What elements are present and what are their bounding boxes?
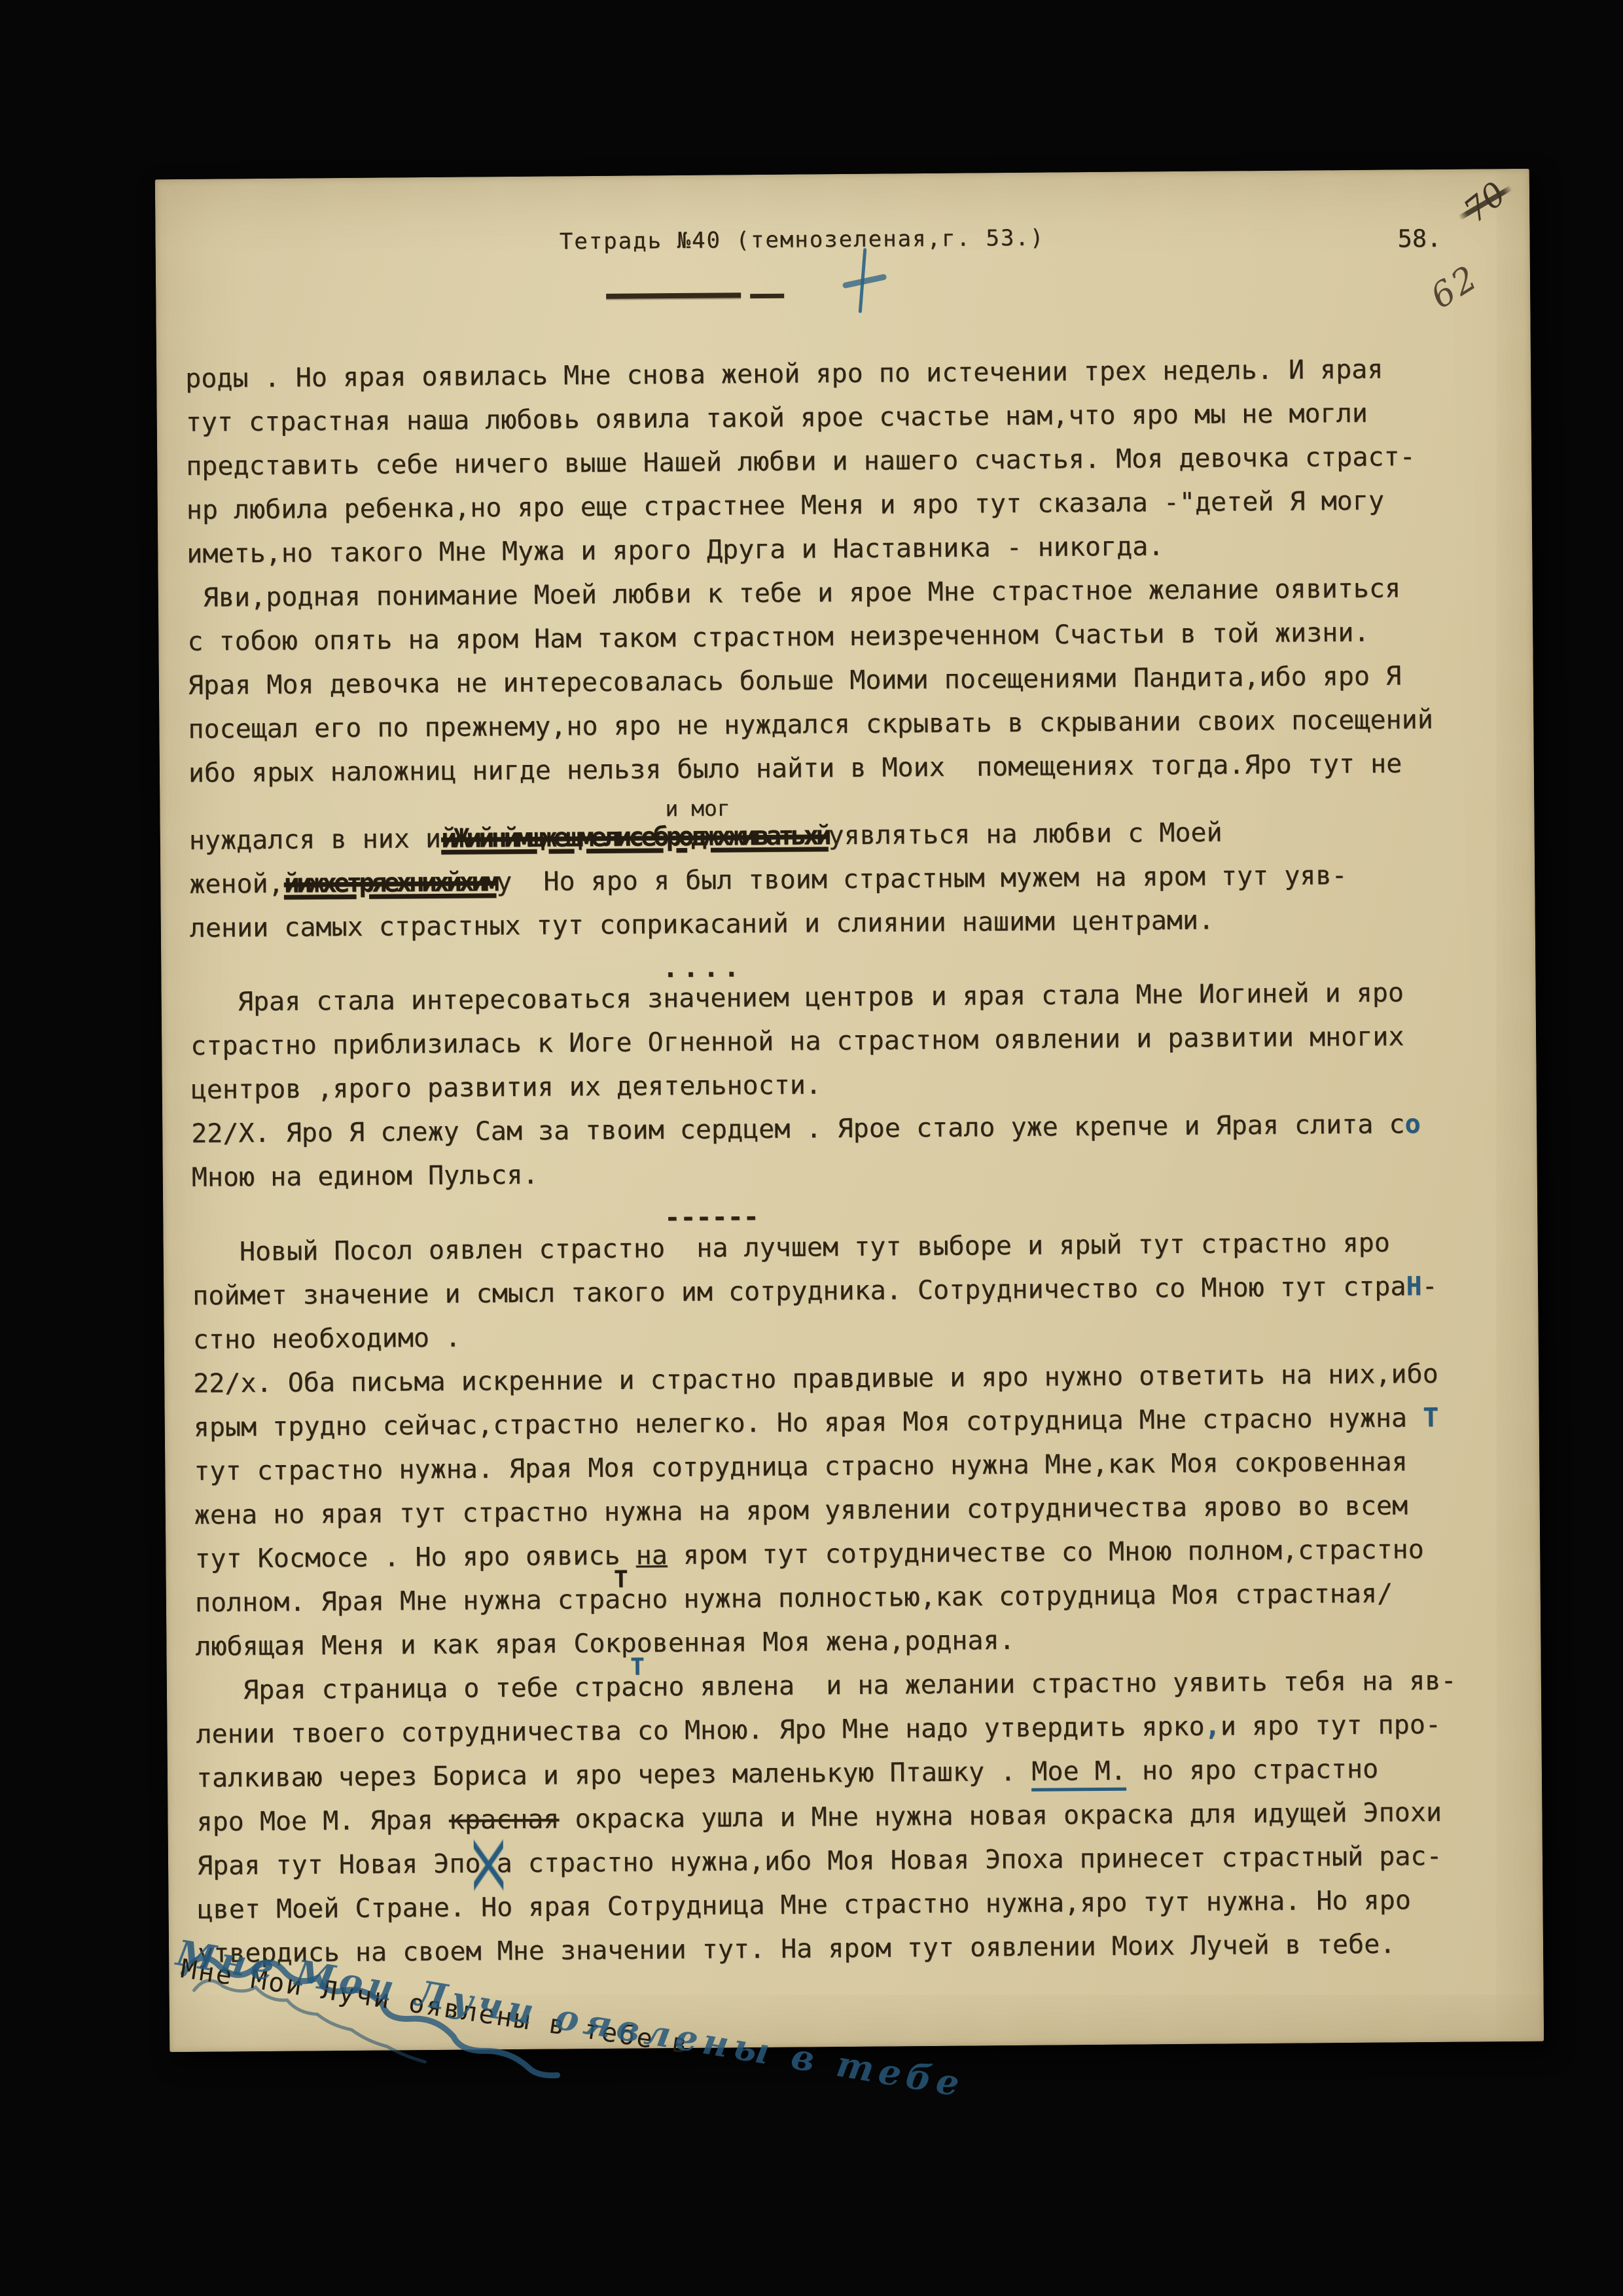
title-underline-short [750,294,784,298]
typewritten-page: Тетрадь №40 (темнозеленая,г. 53.) 58. 70… [155,169,1544,2052]
page-title: Тетрадь №40 (темнозеленая,г. 53.) [115,221,1489,258]
handwritten-number: 62 [1424,257,1486,316]
page-number: 58. [1397,224,1441,253]
scanned-document-page: { "page": { "background": "#060606", "pa… [0,0,1623,2296]
typewritten-text-body: роды . Но ярая оявилась Мне снова женой … [185,354,1480,1983]
blue-plus-mark-icon [842,247,889,318]
title-underline [606,292,741,299]
